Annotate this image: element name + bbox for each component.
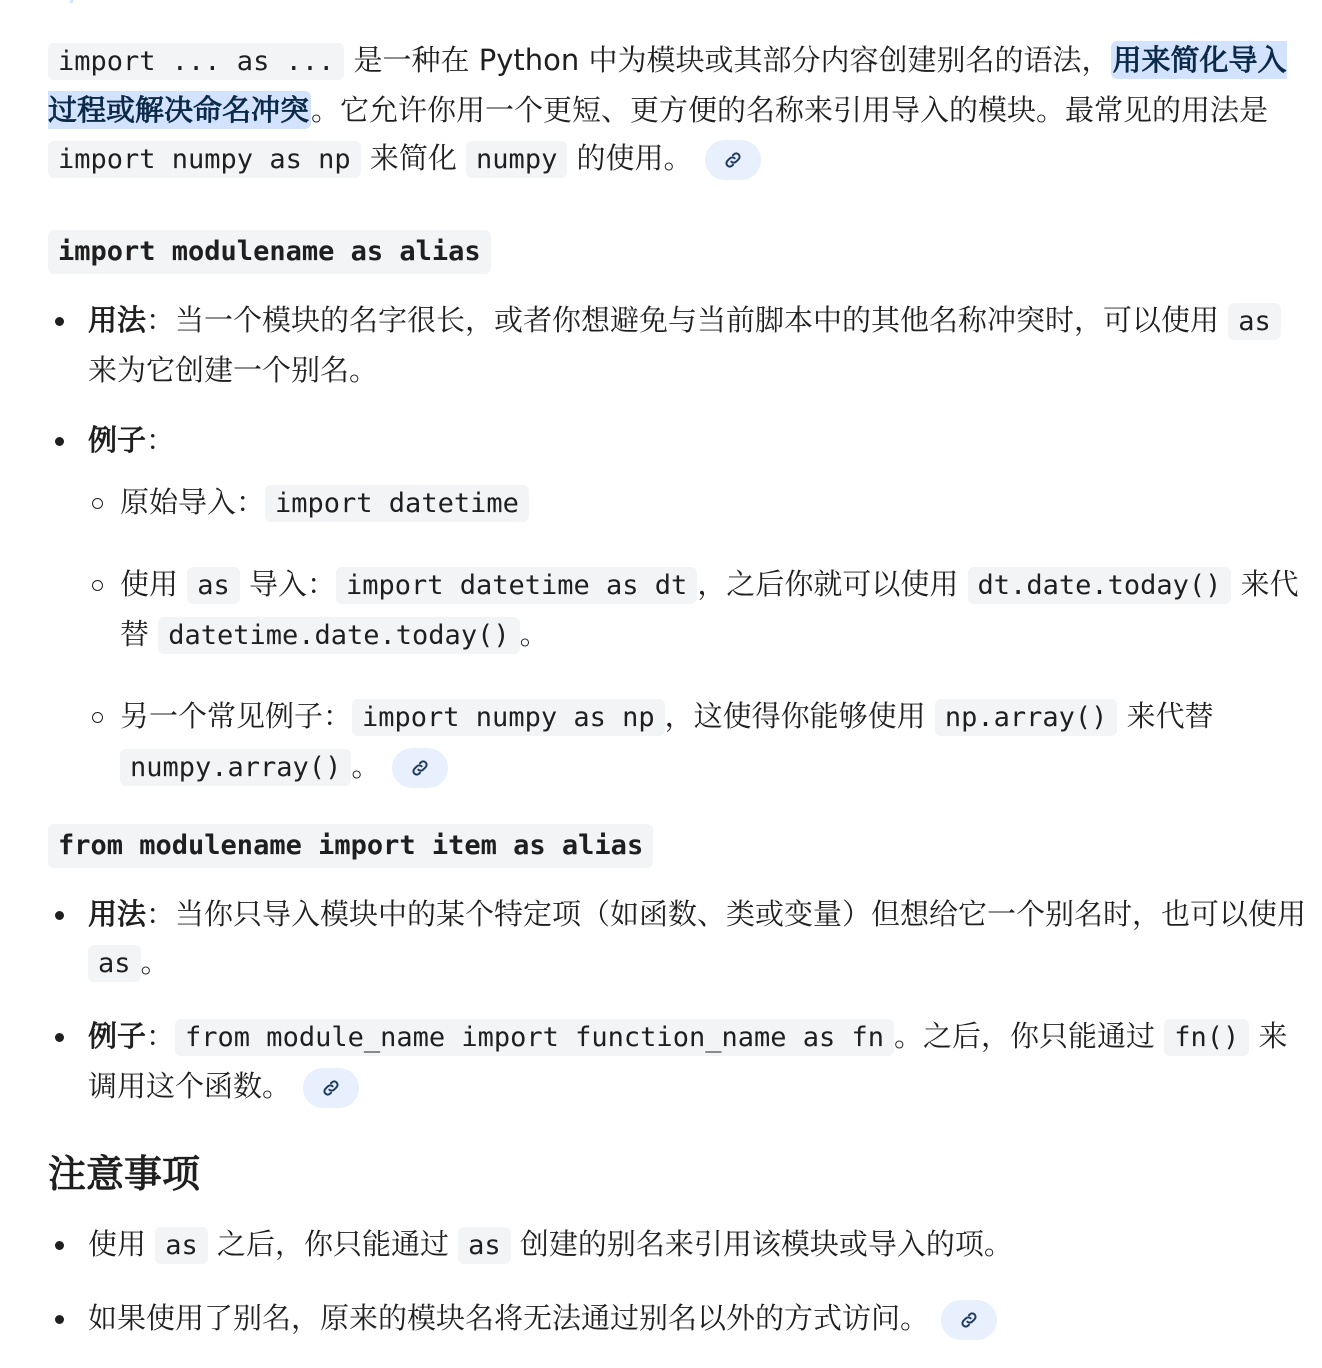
sub-text: 来代替 [1117,699,1213,733]
usage-text: 。 [141,945,170,979]
inline-code: numpy.array() [120,749,351,786]
intro-text: 的使用。 [567,141,692,175]
link-icon [410,758,430,778]
notes-list: 使用 as 之后，你只能通过 as 创建的别名来引用该模块或导入的项。 如果使用… [48,1220,1308,1342]
source-link-button[interactable] [303,1068,359,1108]
colon: ： [146,303,175,337]
list-item: 例子： 原始导入：import datetime 使用 as 导入：import… [48,416,1308,792]
sub-text: 。 [351,749,380,783]
inline-code: dt.date.today() [968,567,1232,604]
heading-code: from modulename import item as alias [48,824,653,868]
response-document: import ... as ... 是一种在 Python 中为模块或其部分内容… [48,36,1308,1342]
source-link-button[interactable] [392,748,448,788]
inline-code: numpy [466,141,567,178]
sub-list-item: 另一个常见例子：import numpy as np，这使得你能够使用 np.a… [88,692,1308,792]
section-heading: import modulename as alias [48,230,1308,274]
sub-text: 使用 [120,567,187,601]
example-sublist: 原始导入：import datetime 使用 as 导入：import dat… [88,478,1308,792]
intro-paragraph: import ... as ... 是一种在 Python 中为模块或其部分内容… [48,36,1304,184]
list-item: 用法：当一个模块的名字很长，或者你想避免与当前脚本中的其他名称冲突时，可以使用 … [48,296,1308,394]
sub-text: 。 [520,617,549,651]
source-link-button[interactable] [941,1300,997,1340]
usage-label: 用法 [88,303,146,337]
sub-text: 原始导入： [120,485,265,519]
inline-code: from module_name import function_name as… [175,1019,894,1056]
heading-code: import modulename as alias [48,230,491,274]
intro-text: 来简化 [361,141,466,175]
colon: ： [146,423,175,457]
section1-list: 用法：当一个模块的名字很长，或者你想避免与当前脚本中的其他名称冲突时，可以使用 … [48,296,1308,792]
link-icon [959,1310,979,1330]
note-text: 如果使用了别名，原来的模块名将无法通过别名以外的方式访问。 [88,1301,929,1335]
sub-text: 另一个常见例子： [120,699,352,733]
inline-code: fn() [1164,1019,1249,1056]
example-label: 例子 [88,423,146,457]
inline-code: datetime.date.today() [158,617,519,654]
colon: ： [146,897,175,931]
sub-list-item: 原始导入：import datetime [88,478,1308,528]
intro-text: 。它允许你用一个更短、更方便的名称来引用导入的模块。最常见的用法是 [311,93,1268,127]
usage-text: 当你只导入模块中的某个特定项（如函数、类或变量）但想给它一个别名时，也可以使用 [175,897,1306,931]
list-item: 如果使用了别名，原来的模块名将无法通过别名以外的方式访问。 [48,1294,1308,1342]
inline-code: as [88,945,141,982]
source-link-button[interactable] [705,140,761,180]
list-item: 用法：当你只导入模块中的某个特定项（如函数、类或变量）但想给它一个别名时，也可以… [48,890,1308,988]
link-icon [321,1078,341,1098]
inline-code: as [1228,303,1281,340]
scroll-marker [70,0,73,3]
inline-code: as [155,1227,208,1264]
inline-code: import ... as ... [48,43,344,80]
usage-text: 来为它创建一个别名。 [88,353,378,387]
sub-text: ，这使得你能够使用 [665,699,935,733]
usage-text: 当一个模块的名字很长，或者你想避免与当前脚本中的其他名称冲突时，可以使用 [175,303,1228,337]
section-title: 注意事项 [48,1150,1308,1198]
colon: ： [146,1019,175,1053]
intro-text: 是一种在 Python 中为模块或其部分内容创建别名的语法， [344,43,1110,77]
sub-text: ，之后你就可以使用 [697,567,967,601]
inline-code: import datetime as dt [336,567,697,604]
note-text: 之后，你只能通过 [208,1227,458,1261]
sub-text: 导入： [240,567,336,601]
example-text: 。之后，你只能通过 [894,1019,1164,1053]
section2-list: 用法：当你只导入模块中的某个特定项（如函数、类或变量）但想给它一个别名时，也可以… [48,890,1308,1110]
inline-code: import numpy as np [352,699,665,736]
inline-code: as [187,567,240,604]
example-label: 例子 [88,1019,146,1053]
link-icon [723,150,743,170]
sub-list-item: 使用 as 导入：import datetime as dt，之后你就可以使用 … [88,560,1308,660]
inline-code: import numpy as np [48,141,361,178]
note-text: 使用 [88,1227,155,1261]
note-text: 创建的别名来引用该模块或导入的项。 [511,1227,1013,1261]
inline-code: np.array() [935,699,1118,736]
list-item: 使用 as 之后，你只能通过 as 创建的别名来引用该模块或导入的项。 [48,1220,1308,1270]
inline-code: import datetime [265,485,529,522]
inline-code: as [458,1227,511,1264]
list-item: 例子：from module_name import function_name… [48,1012,1308,1110]
section-heading: from modulename import item as alias [48,824,1308,868]
usage-label: 用法 [88,897,146,931]
